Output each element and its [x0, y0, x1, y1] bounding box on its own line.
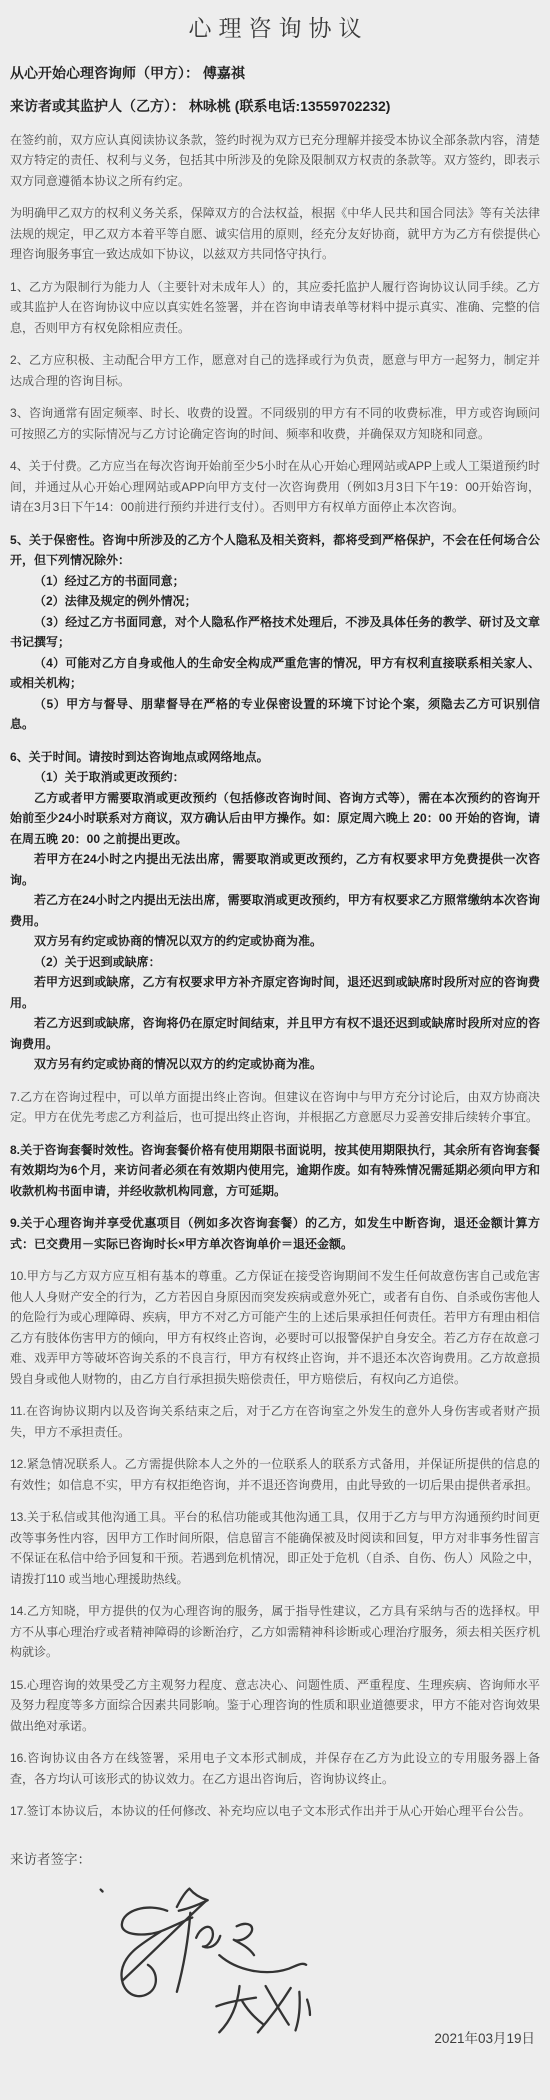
agreement-paragraph: 7.乙方在咨询过程中，可以单方面提出终止咨询。但建议在咨询中与甲方充分讨论后，由… — [10, 1087, 540, 1128]
signature-stroke — [219, 1955, 306, 1972]
agreement-paragraph: 2、乙方应积极、主动配合甲方工作，愿意对自己的选择或行为负责，愿意与甲方一起努力… — [10, 350, 540, 391]
agreement-paragraph: 为明确甲乙双方的权利义务关系，保障双方的合法权益，根据《中华人民共和国合同法》等… — [10, 203, 540, 265]
signature-stroke — [307, 1999, 310, 2014]
agreement-paragraph: （5）甲方与督导、朋辈督导在严格的专业保密设置的环境下讨论个案，须隐去乙方可识别… — [10, 694, 540, 735]
agreement-paragraph: 双方另有约定或协商的情况以双方的约定或协商为准。 — [10, 1054, 540, 1075]
agreement-paragraph: 4、关于付费。乙方应当在每次咨询开始前至少5小时在从心开始心理网站或APP上或人… — [10, 456, 540, 518]
signature-stroke — [122, 1907, 193, 1996]
party-b-line: 来访者或其监护人（乙方）： 林咏桃 (联系电话:13559702232) — [10, 96, 540, 116]
agreement-paragraph: 14.乙方知晓，甲方提供的仅为心理咨询的服务，属于指导性建议，乙方具有采纳与否的… — [10, 1601, 540, 1663]
agreement-paragraph: 13.关于私信或其他沟通工具。平台的私信功能或其他沟通工具，仅用于乙方与甲方沟通… — [10, 1507, 540, 1589]
agreement-paragraph: 3、咨询通常有固定频率、时长、收费的设置。不同级别的甲方有不同的收费标准，甲方或… — [10, 403, 540, 444]
agreement-paragraph: 8.关于咨询套餐时效性。咨询套餐价格有使用期限书面说明，按其使用期限执行，其余所… — [10, 1140, 540, 1202]
signature-stroke — [219, 1986, 239, 2032]
signature-stroke — [258, 1988, 291, 2032]
agreement-paragraph: 5、关于保密性。咨询中所涉及的乙方个人隐私及相关资料，都将受到严格保护，不会在任… — [10, 530, 540, 571]
agreement-paragraph: 16.咨询协议由各方在线签署，采用电子文本形式制成，并保存在乙方为此设立的专用服… — [10, 1748, 540, 1789]
agreement-paragraph: 乙方或者甲方需要取消或更改预约（包括修改咨询时间、咨询方式等），需在本次预约的咨… — [10, 788, 540, 850]
signature-stroke — [196, 1926, 220, 1947]
agreement-paragraph: 6、关于时间。请按时到达咨询地点或网络地点。 — [10, 747, 540, 768]
signature-drawing — [72, 1878, 328, 2042]
signature-stroke — [296, 1991, 300, 2030]
agreement-body: 在签约前，双方应认真阅读协议条款，签约时视为双方已充分理解并接受本协议全部条款内… — [10, 130, 540, 1822]
agreement-paragraph: 在签约前，双方应认真阅读协议条款，签约时视为双方已充分理解并接受本协议全部条款内… — [10, 130, 540, 192]
agreement-paragraph: （3）经过乙方书面同意，对个人隐私作严格技术处理后，不涉及具体任务的教学、研讨及… — [10, 612, 540, 653]
agreement-paragraph: （2）关于迟到或缺席： — [10, 952, 540, 973]
agreement-paragraph: （2）法律及规定的例外情况； — [10, 591, 540, 612]
signature-stroke — [101, 1889, 103, 1891]
signature-stroke — [177, 1888, 208, 1910]
agreement-paragraph: 若乙方在24小时之内提出无法出席，需要取消或更改预约，甲方有权要求乙方照常缴纳本… — [10, 890, 540, 931]
agreement-paragraph: 若甲方迟到或缺席，乙方有权要求甲方补齐原定咨询时间，退还迟到或缺席时段所对应的咨… — [10, 972, 540, 1013]
agreement-paragraph: （4）可能对乙方自身或他人的生命安全构成严重危害的情况，甲方有权利直接联系相关家… — [10, 653, 540, 694]
agreement-paragraph: 12.紧急情况联系人。乙方需提供除本人之外的一位联系人的联系方式备用，并保证所提… — [10, 1454, 540, 1495]
signature-stroke — [234, 1923, 254, 1954]
agreement-paragraph: （1）经过乙方的书面同意； — [10, 571, 540, 592]
agreement-paragraph: 若乙方迟到或缺席，咨询将仍在原定时间结束，并且甲方有权不退还迟到或缺席时段所对应… — [10, 1013, 540, 1054]
signature-stroke — [242, 2001, 263, 2024]
visitor-signature — [72, 1878, 328, 2042]
agreement-paragraph: 1、乙方为限制行为能力人（主要针对未成年人）的，其应委托监护人履行咨询协议认同手… — [10, 277, 540, 339]
agreement-paragraph: 若甲方在24小时之内提出无法出席，需要取消或更改预约，乙方有权要求甲方免费提供一… — [10, 849, 540, 890]
agreement-paragraph: 9.关于心理咨询并享受优惠项目（例如多次咨询套餐）的乙方，如发生中断咨询，退还金… — [10, 1213, 540, 1254]
agreement-paragraph: 11.在咨询协议期内以及咨询关系结束之后，对于乙方在咨询室之外发生的意外人身伤害… — [10, 1401, 540, 1442]
signature-strokes — [101, 1888, 310, 2032]
agreement-paragraph: 17.签订本协议后，本协议的任何修改、补充均应以电子文本形式作出并于从心开始心理… — [10, 1801, 540, 1822]
agreement-paragraph: 双方另有约定或协商的情况以双方的约定或协商为准。 — [10, 931, 540, 952]
page-title: 心理咨询协议 — [10, 10, 540, 43]
agreement-page: 心理咨询协议 从心开始心理咨询师（甲方）： 傅嘉祺 来访者或其监护人（乙方）： … — [0, 0, 550, 2042]
agreement-paragraph: （1）关于取消或更改预约： — [10, 767, 540, 788]
signing-date: 2021年03月19日 — [434, 2027, 535, 2047]
agreement-paragraph: 15.心理咨询的效果受乙方主观努力程度、意志决心、问题性质、严重程度、生理疾病、… — [10, 1675, 540, 1737]
party-a-line: 从心开始心理咨询师（甲方）： 傅嘉祺 — [10, 63, 540, 83]
signature-stroke — [123, 1901, 206, 1980]
agreement-paragraph: 10.甲方与乙方双方应互相有基本的尊重。乙方保证在接受咨询期间不发生任何故意伤害… — [10, 1266, 540, 1389]
visitor-signature-label: 来访者签字： — [10, 1848, 540, 1868]
